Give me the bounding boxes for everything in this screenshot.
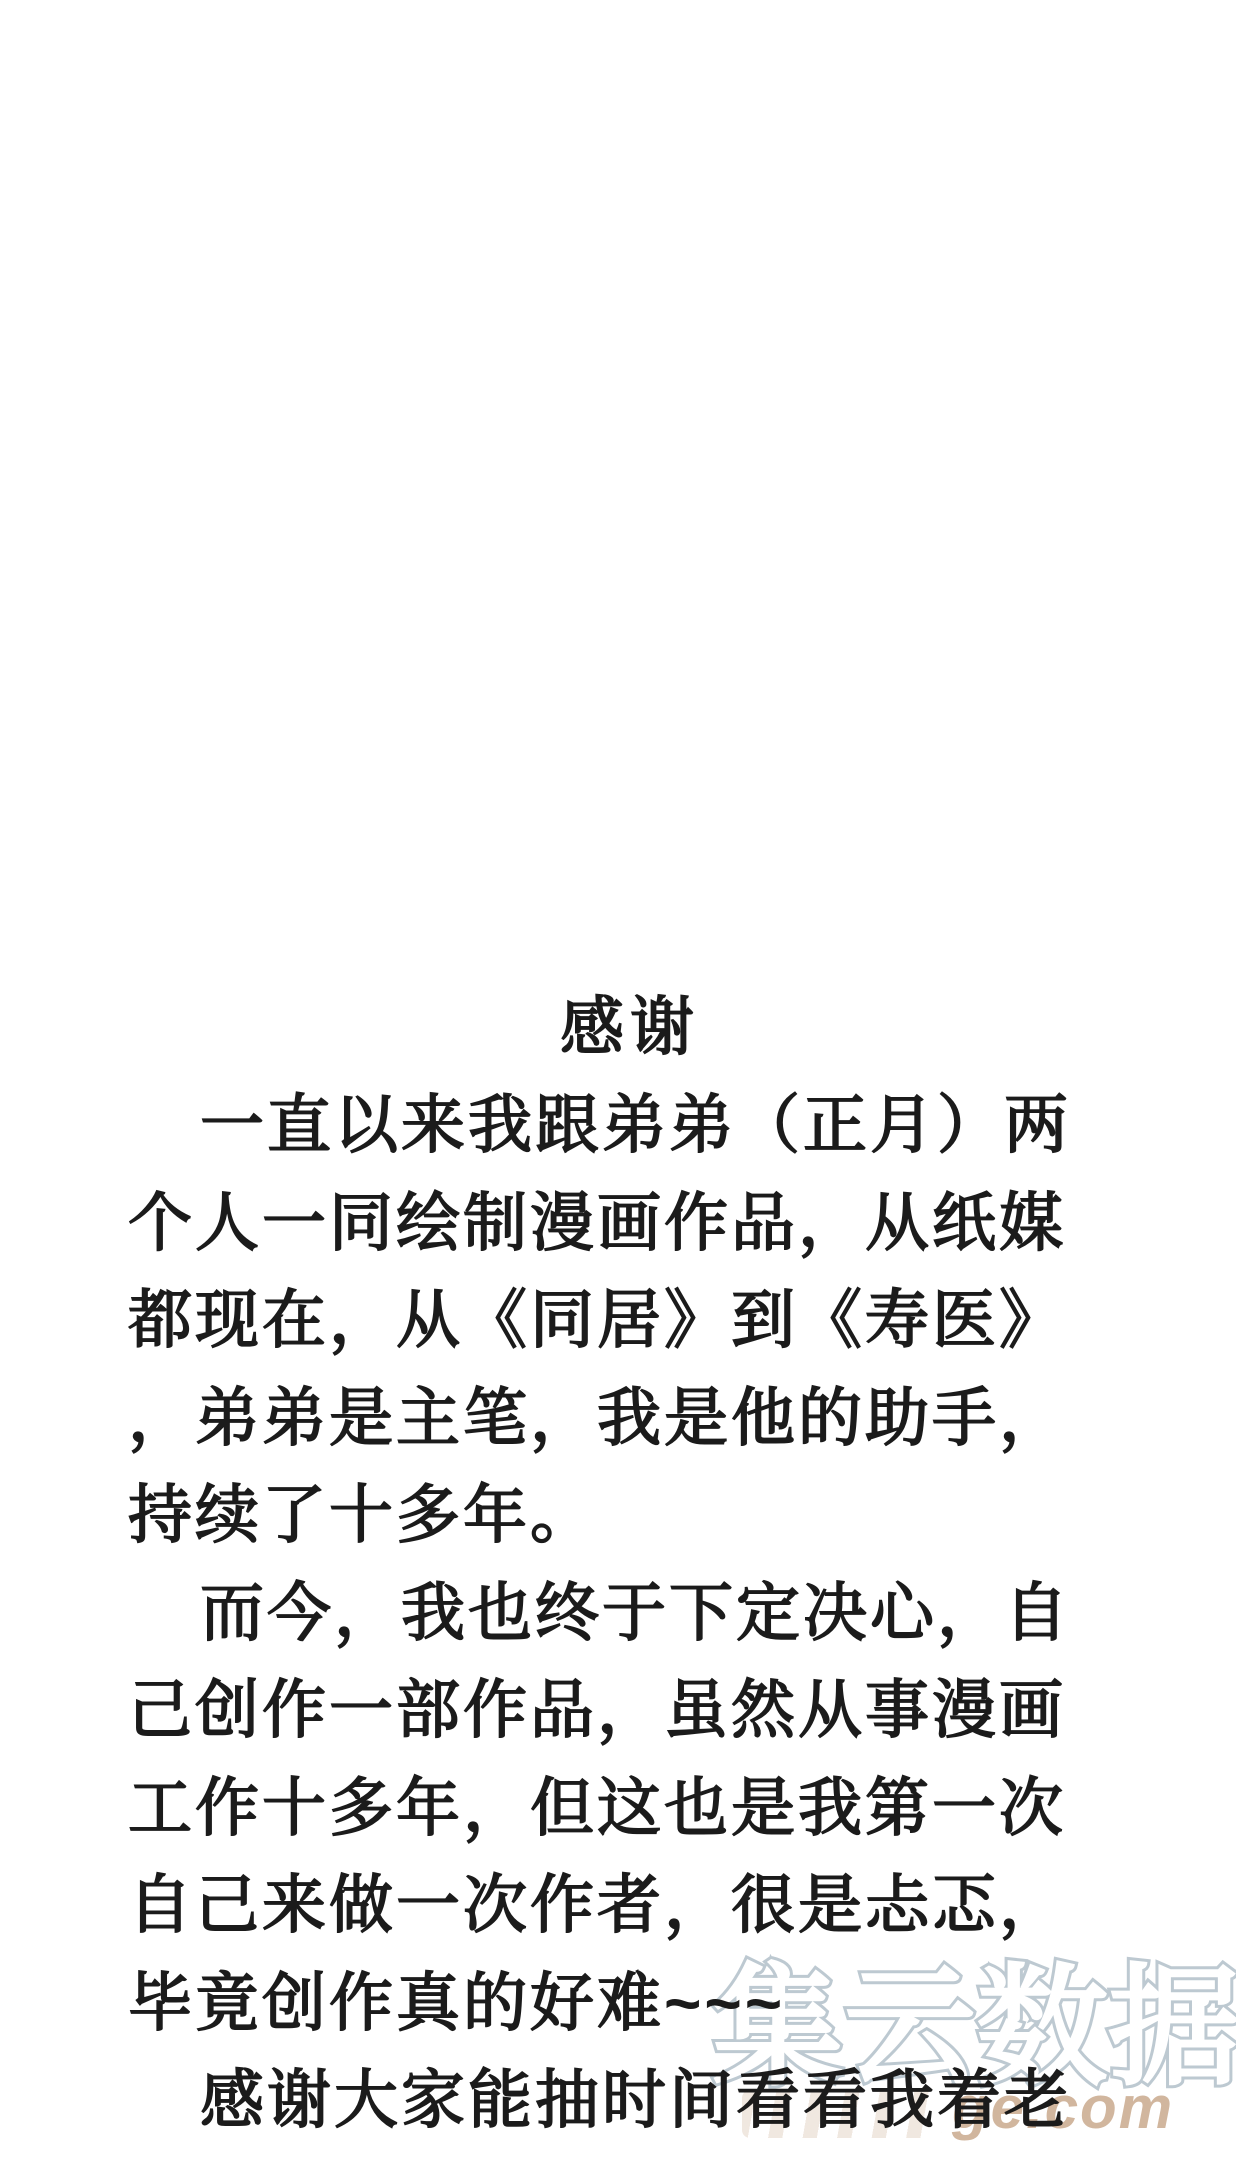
- text-line: 都现在，从《同居》到《寿医》: [128, 1288, 1066, 1352]
- afterword-page: 集云数据 ge.com 感谢 一直以来我跟弟弟（正月）两个人一同绘制漫画作品，从…: [0, 0, 1236, 2160]
- text-line: 而今，我也终于下定决心，自: [200, 1581, 1071, 1645]
- text-line: 毕竟创作真的好难~~~: [128, 1971, 785, 2035]
- text-line: 工作十多年，但这也是我第一次: [128, 1776, 1066, 1840]
- text-line: 持续了十多年。: [128, 1483, 597, 1547]
- text-line: ，弟弟是主笔，我是他的助手，: [128, 1386, 1066, 1450]
- text-line: 己创作一部作品，虽然从事漫画: [128, 1678, 1066, 1742]
- page-title: 感谢: [560, 995, 700, 1059]
- text-line: 感谢大家能抽时间看看我着老: [200, 2068, 1071, 2132]
- text-line: 一直以来我跟弟弟（正月）两: [200, 1093, 1071, 1157]
- text-line: 个人一同绘制漫画作品，从纸媒: [128, 1191, 1066, 1255]
- text-line: 自己来做一次作者，很是忐忑，: [128, 1873, 1066, 1937]
